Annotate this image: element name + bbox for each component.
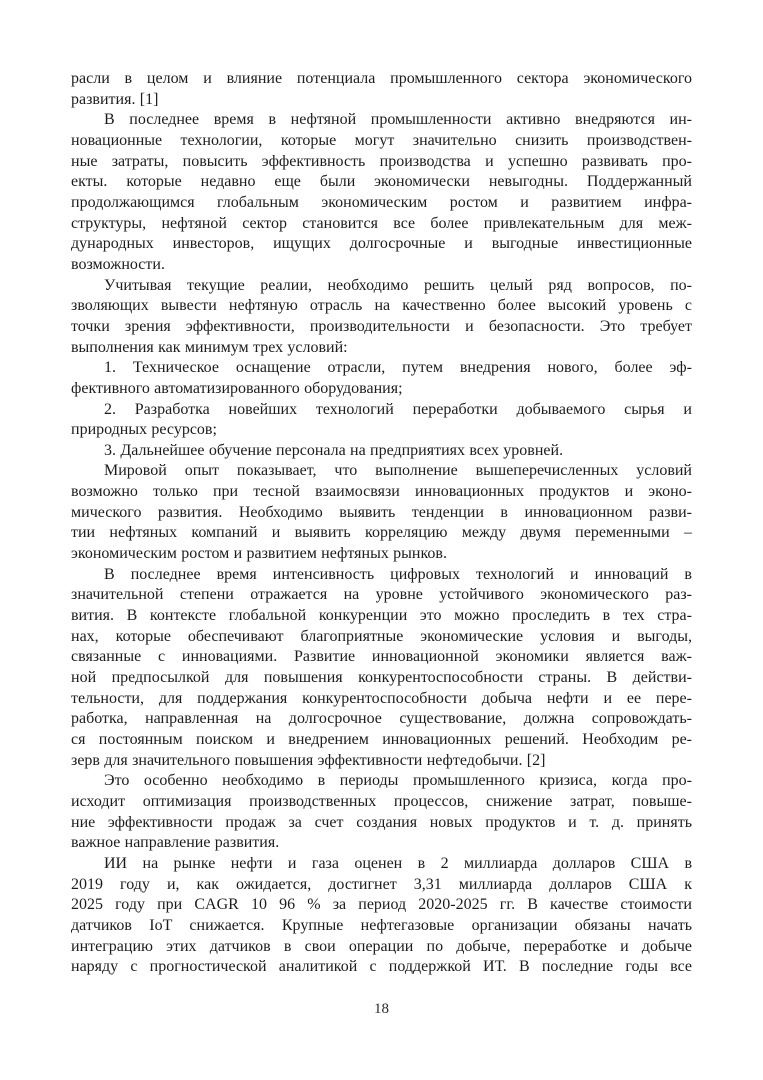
text-line: экономическим ростом и развитием нефтяны… [71, 544, 692, 565]
text-line: нах, которые обеспечивают благоприятные … [71, 627, 692, 648]
text-line: датчиков IoT снижается. Крупные нефтегаз… [71, 916, 692, 937]
text-line: работка, направленная на долгосрочное су… [71, 709, 692, 730]
text-line: Это особенно необходимо в периоды промыш… [71, 771, 692, 792]
paragraph: расли в целом и влияние потенциала промы… [71, 69, 692, 110]
text-line: тии нефтяных компаний и выявить корреляц… [71, 523, 692, 544]
paragraph: 3. Дальнейшее обучение персонала на пред… [71, 441, 692, 462]
text-line: выполнения как минимум трех условий: [71, 338, 692, 359]
text-line: ИИ на рынке нефти и газа оценен в 2 милл… [71, 854, 692, 875]
text-line: тельности, для поддержания конкурентоспо… [71, 689, 692, 710]
text-line: зволяющих вывести нефтяную отрасль на ка… [71, 296, 692, 317]
paragraph: В последнее время в нефтяной промышленно… [71, 110, 692, 275]
paragraph: 2. Разработка новейших технологий перера… [71, 400, 692, 441]
paragraph: ИИ на рынке нефти и газа оценен в 2 милл… [71, 854, 692, 978]
text-line: дународных инвесторов, ищущих долгосрочн… [71, 234, 692, 255]
text-line: структуры, нефтяной сектор становится вс… [71, 214, 692, 235]
text-line: важное направление развития. [71, 833, 692, 854]
text-line: Мировой опыт показывает, что выполнение … [71, 461, 692, 482]
text-line: 1. Техническое оснащение отрасли, путем … [71, 358, 692, 379]
text-line: 3. Дальнейшее обучение персонала на пред… [71, 441, 692, 462]
text-line: интеграцию этих датчиков в свои операции… [71, 937, 692, 958]
text-line: фективного автоматизированного оборудова… [71, 379, 692, 400]
text-line: В последнее время интенсивность цифровых… [71, 565, 692, 586]
text-line: ной предпосылкой для повышения конкурент… [71, 668, 692, 689]
text-line: В последнее время в нефтяной промышленно… [71, 110, 692, 131]
document-page: расли в целом и влияние потенциала промы… [0, 0, 763, 1080]
text-line: екты. которые недавно еще были экономиче… [71, 172, 692, 193]
text-line: 2. Разработка новейших технологий перера… [71, 400, 692, 421]
text-line: природных ресурсов; [71, 420, 692, 441]
text-line: мического развития. Необходимо выявить т… [71, 503, 692, 524]
text-line: связанные с инновациями. Развитие иннова… [71, 647, 692, 668]
paragraph: 1. Техническое оснащение отрасли, путем … [71, 358, 692, 399]
text-line: возможно только при тесной взаимосвязи и… [71, 482, 692, 503]
paragraph: В последнее время интенсивность цифровых… [71, 565, 692, 772]
text-line: развития. [1] [71, 90, 692, 111]
text-line: продолжающимся глобальным экономическим … [71, 193, 692, 214]
text-line: ся постоянным поиском и внедрением иннов… [71, 730, 692, 751]
text-line: 2025 году при CAGR 10 96 % за период 202… [71, 895, 692, 916]
text-line: ные затраты, повысить эффективность прои… [71, 152, 692, 173]
paragraph: Учитывая текущие реалии, необходимо реши… [71, 276, 692, 359]
text-line: значительной степени отражается на уровн… [71, 585, 692, 606]
text-line: расли в целом и влияние потенциала промы… [71, 69, 692, 90]
text-line: зерв для значительного повышения эффекти… [71, 751, 692, 772]
text-line: ние эффективности продаж за счет создани… [71, 813, 692, 834]
text-line: точки зрения эффективности, производител… [71, 317, 692, 338]
text-line: Учитывая текущие реалии, необходимо реши… [71, 276, 692, 297]
text-line: новационные технологии, которые могут зн… [71, 131, 692, 152]
text-line: наряду с прогностической аналитикой с по… [71, 957, 692, 978]
text-block: расли в целом и влияние потенциала промы… [71, 69, 692, 978]
text-line: возможности. [71, 255, 692, 276]
paragraph: Мировой опыт показывает, что выполнение … [71, 461, 692, 564]
page-number: 18 [0, 1001, 763, 1018]
text-line: вития. В контексте глобальной конкуренци… [71, 606, 692, 627]
paragraph: Это особенно необходимо в периоды промыш… [71, 771, 692, 854]
text-line: 2019 году и, как ожидается, достигнет 3,… [71, 875, 692, 896]
text-line: исходит оптимизация производственных про… [71, 792, 692, 813]
